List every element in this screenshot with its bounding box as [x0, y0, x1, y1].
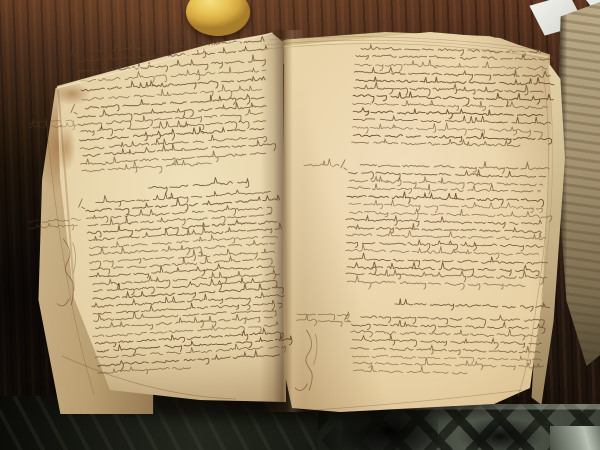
page-gutter	[260, 30, 304, 412]
right-page	[280, 30, 556, 418]
manuscript-photo-scene	[0, 0, 600, 450]
tile-highlight-corner	[550, 426, 600, 450]
candle-stub	[186, 0, 250, 36]
